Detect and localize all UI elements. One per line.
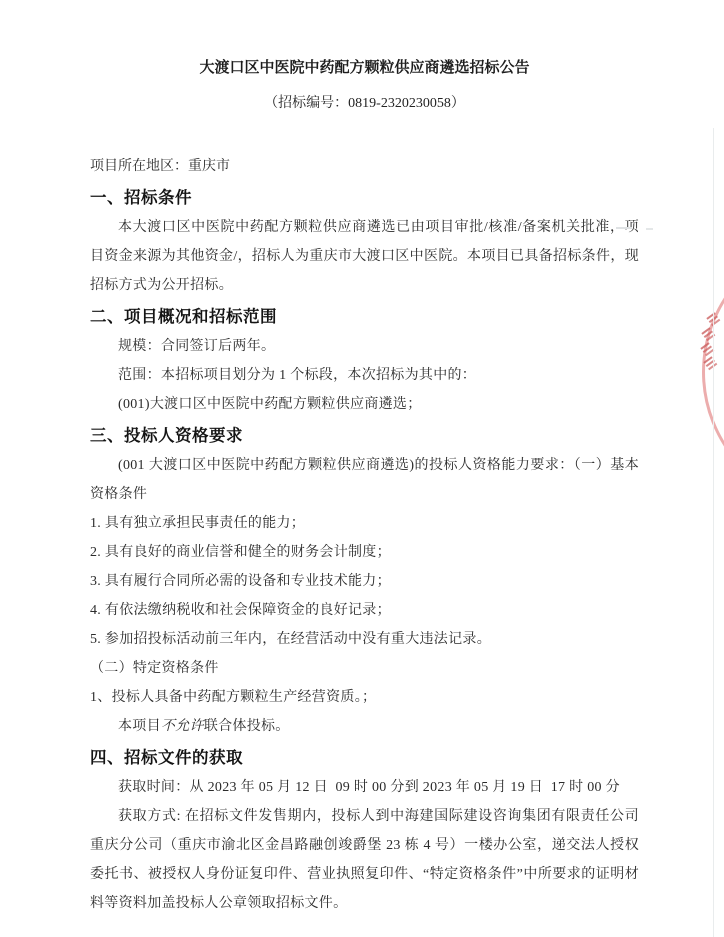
section-2-heading: 二、项目概况和招标范围 [90,303,639,332]
joint-bid-suffix: 联合体投标。 [204,719,290,734]
section-4-heading: 四、招标文件的获取 [90,744,639,773]
qualification-intro: (001 大渡口区中医院中药配方颗粒供应商遴选)的投标人资格能力要求：（一）基本… [90,451,639,509]
project-region-line: 项目所在地区：重庆市 [90,152,639,181]
tender-number-line: （招标编号：0819-2320230058） [90,93,639,115]
scan-artifact-dash [616,227,632,229]
scan-artifact-dash [646,228,653,230]
scope-line: 范围：本招标项目划分为 1 个标段，本次招标为其中的： [90,361,639,390]
section-1-body: 本大渡口区中医院中药配方颗粒供应商遴选已由项目审批/核准/备案机关批准，项目资金… [90,213,639,300]
scanned-document-page: 大渡口区中医院中药配方颗粒供应商遴选招标公告 （招标编号：0819-232023… [0,0,724,937]
joint-bid-prefix: 本项目 [118,719,161,734]
lot-line: (001)大渡口区中医院中药配方颗粒供应商遴选； [90,390,639,419]
document-title: 大渡口区中医院中药配方颗粒供应商遴选招标公告 [90,57,639,79]
basic-item-1: 1. 具有独立承担民事责任的能力； [90,509,639,538]
special-qualification-item: 1、投标人具备中药配方颗粒生产经营资质。； [90,683,639,712]
document-content: 大渡口区中医院中药配方颗粒供应商遴选招标公告 （招标编号：0819-232023… [90,57,639,918]
basic-item-3: 3. 具有履行合同所必需的设备和专业技术能力； [90,567,639,596]
obtain-time-line: 获取时间：从 2023 年 05 月 12 日 09 时 00 分到 2023 … [90,773,639,802]
special-qualification-heading: （二）特定资格条件 [90,654,639,683]
basic-item-5: 5. 参加招投标活动前三年内，在经营活动中没有重大违法记录。 [90,625,639,654]
scale-line: 规模：合同签订后两年。 [90,332,639,361]
scan-artifact-vertical-line [713,128,714,937]
section-1-heading: 一、招标条件 [90,184,639,213]
obtain-method-paragraph: 获取方式: 在招标文件发售期内，投标人到中海建国际建设咨询集团有限责任公司重庆分… [90,802,639,918]
section-3-heading: 三、投标人资格要求 [90,422,639,451]
basic-item-2: 2. 具有良好的商业信誉和健全的财务会计制度； [90,538,639,567]
joint-bid-line: 本项目不允许联合体投标。 [90,712,639,741]
basic-item-4: 4. 有依法缴纳税收和社会保障资金的良好记录； [90,596,639,625]
joint-bid-emphasis: 不允许 [161,719,204,734]
